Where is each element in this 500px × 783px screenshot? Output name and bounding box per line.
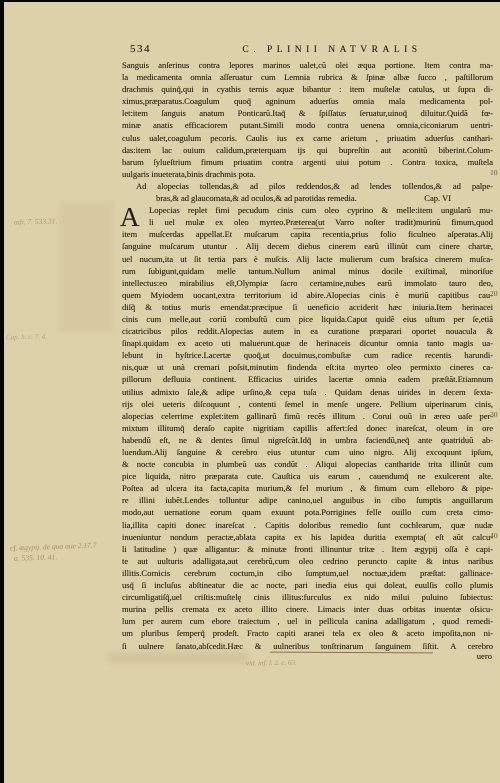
handwritten-underline [270, 652, 433, 654]
chapter-heading-text: bras,& ad glaucomata,& ad oculos,& ad pa… [156, 192, 357, 204]
text-line: Lopecias replet fimi pecudum cinis cum o… [122, 204, 493, 216]
paragraph-remedies-against-poisons: Sanguis anſerinus contra lepores marinos… [122, 59, 493, 168]
handwritten-margin-note: cf. ægypij. de qua aue 2.17.7 [10, 540, 97, 552]
chapter-heading-line: bras,& ad glaucomata,& ad oculos,& ad pa… [122, 192, 493, 204]
text-line: alopecias celerrime explet:item gallinar… [122, 410, 493, 422]
text-block: Sanguis anſerinus contra lepores marinos… [122, 59, 493, 652]
text-line: rijs olei ueteris diſcoquunt , contenti … [122, 398, 493, 410]
ink-bleedthrough-smudge [59, 202, 114, 332]
text-line: habendũ eſt, ne & dentes ſimul nigreſcãt… [122, 434, 493, 446]
text-line: li latitudine ) quæ alligantur: & minutæ… [122, 543, 493, 555]
text-line: rum ſubigunt,quidam melle tantum.Nullum … [122, 265, 493, 277]
text-line: te aut uulturis adalligata,aut cerebrũ,c… [122, 555, 493, 567]
running-title: C. PLINII NATVRALIS [215, 45, 449, 55]
text-line: & nocte concubia in plumbeũ uas condũt .… [122, 458, 493, 470]
handwritten-interlinear-note: vid. inf. l. 2. c. 63. [246, 659, 297, 668]
text-line: lum per aurem cum ebore traiectum , uel … [122, 615, 493, 627]
text-line: la medicamenta omnia aſſeruatur cum Lemn… [122, 71, 493, 83]
text-line: das:item lac ouium calidum,præterquam ij… [122, 144, 493, 156]
text-line: lia,illita capiti donec inareſcat . Capi… [122, 519, 493, 531]
chapter-heading-line: Ad alopecias tollendas,& ad pilos redden… [122, 180, 493, 192]
margin-line-number: 10 [490, 168, 500, 177]
text-line: mixtum illitumq̃ deraſo capite nigritiam… [122, 422, 493, 434]
text-line: ſanguine muſcarum utuntur . Alij decem d… [122, 240, 493, 252]
text-line: let:item ſanguis anatum Ponticarũ.Itaq̃ … [122, 107, 493, 119]
text-line: quem Myiodem uocant,extra territorium id… [122, 289, 493, 301]
handwritten-margin-note: Cap. h. c. 7. 4. [6, 333, 47, 342]
text-line: murina pellis cremata ex aceto illito ci… [122, 603, 493, 615]
text-line: uulgaris inueterata,binis drachmis pota. [122, 168, 493, 180]
text-line: nis,quæ ut unà cremari poſsit,minutim fi… [122, 361, 493, 373]
paragraph-alopecia-remedies: Lopecias replet fimi pecudum cinis cum o… [122, 204, 493, 651]
catchword: uero [434, 651, 492, 661]
margin-line-number: 20 [490, 289, 500, 298]
text-line: ximus,præparatus.Coagulum quoq̃ agninum … [122, 95, 493, 107]
text-line: um pluribus ſemperq̃ prodeſt. Fracto cap… [122, 627, 493, 639]
ink-bleedthrough-smudge [108, 652, 248, 664]
text-line: diſq̃ & totius muris emendat:præcipue ſi… [122, 301, 493, 313]
text-line: uel nucum,ita ut ſit tertia pars è muſci… [122, 253, 493, 265]
text-line: re illini iubẽt.Lendes tolluntur adipe c… [122, 494, 493, 506]
margin-line-number: 40 [490, 531, 500, 540]
text-line: item muſcerdas appellat.Et muſcarum capi… [122, 228, 493, 240]
text-line: drachmis quinq̃,qui in cyathis ternis aq… [122, 83, 493, 95]
text-line: pice liquida, nitro præparata cute. Cauſ… [122, 470, 493, 482]
margin-line-number: 30 [490, 410, 500, 419]
text-line: Sanguis anſerinus contra lepores marinos… [122, 59, 493, 71]
text-line: li uel mulæ ex oleo myrteo.Præterea(ut V… [122, 216, 493, 228]
handwritten-margin-note: a. 535. 10. 41. [14, 552, 57, 562]
book-page: 534 C. PLINII NATVRALIS Sanguis anſerinu… [4, 2, 500, 783]
text-line: minæ anatis efficaciorem putant.Simili m… [122, 119, 493, 131]
text-line: intellectus:eo mirabilius eſt,Olympiæ ſa… [122, 277, 493, 289]
text-line: barum ſylueſtrium fimum priuatim contra … [122, 156, 493, 168]
handwritten-margin-note: adr. 7. 533.31. [14, 216, 58, 226]
chapter-number: Cap. VI [424, 192, 451, 204]
text-line: pillorum defluuia continent. Efficacius … [122, 373, 493, 385]
book-scan: 534 C. PLINII NATVRALIS Sanguis anſerinu… [0, 0, 500, 783]
text-line: modo,aut uernatione eorum quam exuunt po… [122, 506, 493, 518]
text-line: ſi uulnere ſanato,abſcedit.Hæc & uulneri… [122, 640, 493, 652]
page-number: 534 [130, 43, 151, 55]
text-line: lebunt in hyſtrice.Lacertæ quoq̃,ut docu… [122, 349, 493, 361]
text-line: Poſtea ad ulcera ita facta,capita murium… [122, 482, 493, 494]
text-line: cinis cum melle,aut coriũ combuſtũ cum p… [122, 313, 493, 325]
text-line: ſinapi.quidam ex aceto uti maluerunt.quæ… [122, 337, 493, 349]
text-line: illitis.Cornicis cerebrum coctum,in cibo… [122, 567, 493, 579]
text-line: luendum.Alij ſanguine & cerebro eius utu… [122, 446, 493, 458]
text-line: usq̃ ſi incluſus abſtineatur die ac noct… [122, 579, 493, 591]
text-line: cicatricibus pilos reddit.Alopecias aute… [122, 325, 493, 337]
drop-cap-initial: A [120, 205, 146, 229]
text-line: culus ualet,coagulum pecoris. Caulis ius… [122, 132, 493, 144]
text-line: utilius admixto ſale,& adipe urſino,& ce… [122, 386, 493, 398]
text-line: circumligatiſq̃,uel criſtis:muſtelę cini… [122, 591, 493, 603]
text-line: inueniuntur nondum peractæ,ablata capita… [122, 531, 493, 543]
